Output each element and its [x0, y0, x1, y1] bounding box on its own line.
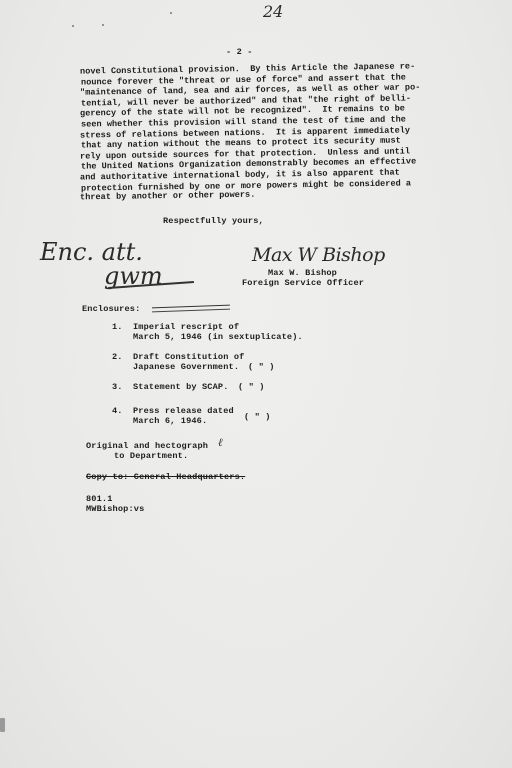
enclosure-number: 2.: [112, 352, 123, 362]
enclosure-number: 3.: [112, 382, 123, 392]
enclosure-text: Imperial rescript of: [133, 322, 239, 332]
scribble-mark: [152, 305, 230, 313]
enclosure-text: Press release dated: [133, 406, 234, 416]
speck: [0, 718, 5, 732]
enclosure-number: 1.: [112, 322, 123, 332]
signature: Max W Bishop: [252, 244, 385, 266]
handwritten-page-number: 24: [263, 2, 283, 21]
struck-copy-line: Copy to: General Headquarters.: [86, 472, 245, 482]
body-line: threat by another or other powers.: [80, 190, 255, 203]
enclosures-label: Enclosures:: [82, 304, 140, 314]
closing: Respectfully yours,: [163, 216, 264, 226]
distribution-line-2: to Department.: [114, 451, 188, 461]
ditto-mark: ( " ): [248, 362, 275, 372]
ditto-mark: ( " ): [238, 382, 265, 392]
enclosure-text: March 6, 1946.: [133, 416, 207, 426]
enclosure-number: 4.: [112, 406, 123, 416]
typist-initials: MWBishop:vs: [86, 504, 144, 514]
signer-title: Foreign Service Officer: [242, 278, 364, 288]
ditto-mark: ( " ): [244, 412, 271, 422]
speck: [102, 24, 104, 26]
page-number: - 2 -: [226, 47, 253, 57]
signer-name: Max W. Bishop: [268, 268, 337, 278]
document-page: 24 - 2 - novel Constitutional provision.…: [0, 0, 512, 768]
speck: [72, 25, 74, 27]
enclosure-text: Draft Constitution of: [133, 352, 244, 362]
enclosure-text: Japanese Government.: [133, 362, 239, 372]
enclosure-text: March 5, 1946 (in sextuplicate).: [133, 332, 303, 342]
enclosure-text: Statement by SCAP.: [133, 382, 229, 392]
distribution-line-1: Original and hectograph: [86, 441, 208, 451]
speck: [170, 12, 172, 14]
file-number: 801.1: [86, 494, 113, 504]
check-mark: ℓ: [218, 436, 223, 449]
